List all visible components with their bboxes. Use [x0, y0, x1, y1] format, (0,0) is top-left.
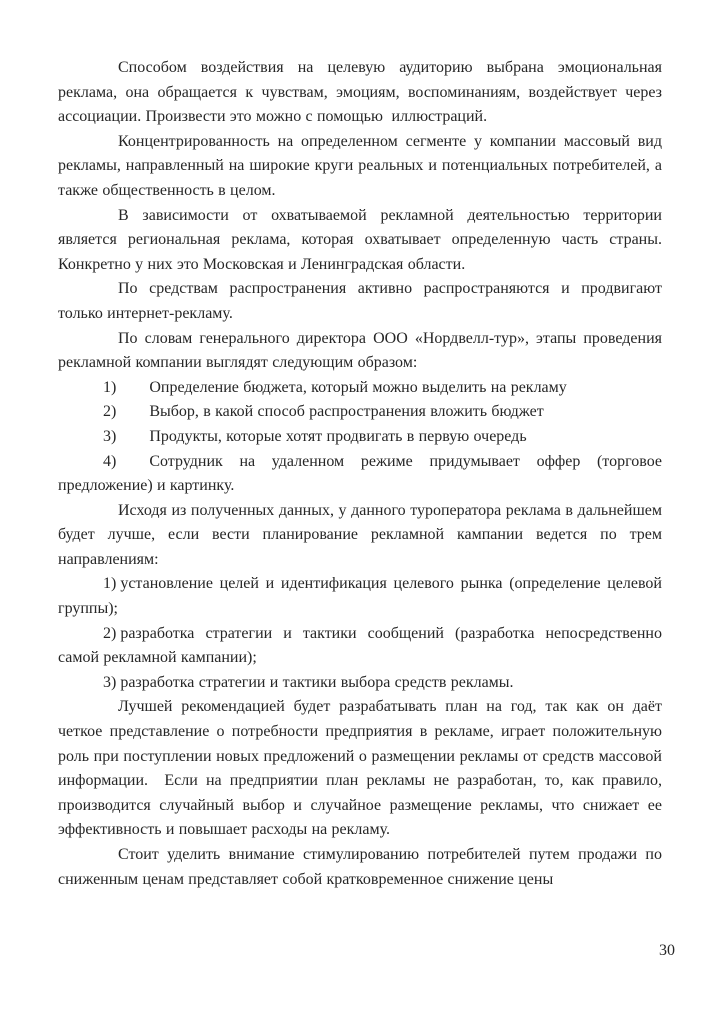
list-marker: 2): [103, 625, 116, 642]
numbered-list-item: 3)разработка стратегии и тактики выбора …: [58, 671, 662, 696]
document-page: Способом воздействия на целевую аудитори…: [0, 0, 724, 1024]
numbered-list-item: 3)Продукты, которые хотят продвигать в п…: [58, 425, 662, 450]
list-item-text: разработка стратегии и тактики сообщений…: [58, 625, 662, 667]
paragraph: По средствам распространения активно рас…: [58, 277, 662, 326]
list-marker: 1): [103, 575, 116, 592]
list-item-text: установление целей и идентификация целев…: [58, 575, 662, 617]
paragraph: Способом воздействия на целевую аудитори…: [58, 56, 662, 130]
list-item-text: Продукты, которые хотят продвигать в пер…: [149, 428, 526, 445]
numbered-list-item: 1)установление целей и идентификация цел…: [58, 572, 662, 621]
paragraph: По словам генерального директора ООО «Но…: [58, 327, 662, 376]
list-marker: 3): [103, 428, 116, 445]
list-item-text: Определение бюджета, который можно выдел…: [149, 379, 566, 396]
list-marker: 4): [103, 453, 116, 470]
paragraph: Лучшей рекомендацией будет разрабатывать…: [58, 695, 662, 843]
numbered-list-item: 2)разработка стратегии и тактики сообщен…: [58, 622, 662, 671]
list-item-text: Сотрудник на удаленном режиме придумывае…: [58, 453, 662, 495]
paragraph: Концентрированность на определенном сегм…: [58, 130, 662, 204]
numbered-list-item: 4)Сотрудник на удаленном режиме придумыв…: [58, 450, 662, 499]
page-content: Способом воздействия на целевую аудитори…: [58, 56, 662, 892]
numbered-list-item: 1)Определение бюджета, который можно выд…: [58, 376, 662, 401]
list-marker: 3): [103, 674, 116, 691]
list-marker: 1): [103, 379, 116, 396]
list-item-text: Выбор, в какой способ распространения вл…: [149, 403, 543, 420]
list-item-text: разработка стратегии и тактики выбора ср…: [120, 674, 513, 691]
paragraph: Стоит уделить внимание стимулированию по…: [58, 843, 662, 892]
paragraph: Исходя из полученных данных, у данного т…: [58, 499, 662, 573]
list-marker: 2): [103, 403, 116, 420]
numbered-list-item: 2)Выбор, в какой способ распространения …: [58, 400, 662, 425]
paragraph: В зависимости от охватываемой рекламной …: [58, 204, 662, 278]
page-number: 30: [659, 941, 675, 961]
